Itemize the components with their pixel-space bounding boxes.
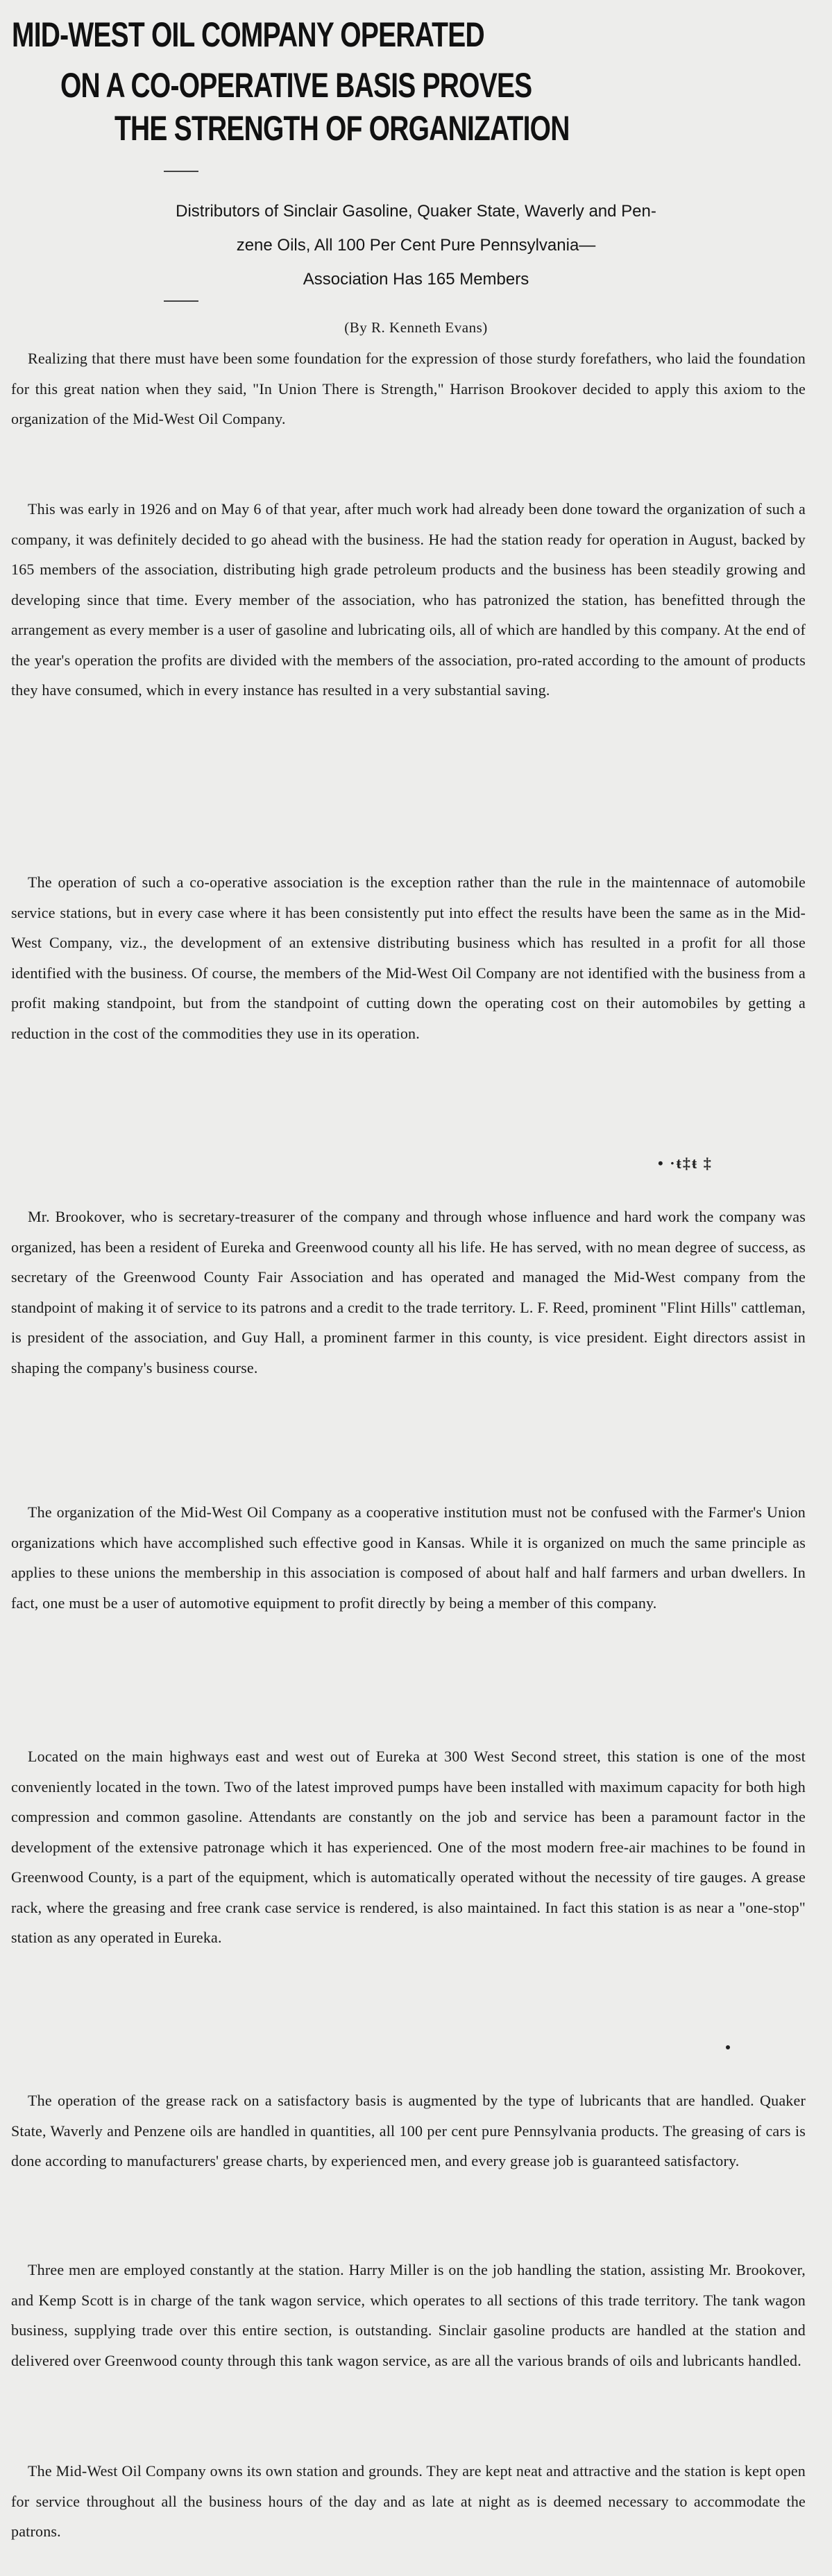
subheadline: Distributors of Sinclair Gasoline, Quake…	[0, 194, 832, 296]
article-body: The operation of such a co-operative ass…	[11, 867, 806, 1048]
ink-speck	[726, 2045, 730, 2049]
subheadline-line-2: zene Oils, All 100 Per Cent Pure Pennsyl…	[0, 228, 832, 262]
divider-rule	[164, 300, 198, 302]
subheadline-line-3: Association Has 165 Members	[0, 262, 832, 296]
headline-line-2: ON A CO-OPERATIVE BASIS PROVES	[60, 65, 532, 106]
paragraph: This was early in 1926 and on May 6 of t…	[11, 494, 806, 706]
paragraph: The operation of such a co-operative ass…	[11, 867, 806, 1048]
newspaper-clipping: MID-WEST OIL COMPANY OPERATED ON A CO-OP…	[0, 0, 832, 2576]
paragraph: The organization of the Mid-West Oil Com…	[11, 1497, 806, 1618]
byline: (By R. Kenneth Evans)	[0, 319, 832, 336]
article-body: The operation of the grease rack on a sa…	[11, 2085, 806, 2176]
print-artifact: • ·ŧ‡ŧ ‡	[658, 1154, 713, 1172]
article-body: This was early in 1926 and on May 6 of t…	[11, 494, 806, 706]
article-body: The organization of the Mid-West Oil Com…	[11, 1497, 806, 1618]
article-body: Realizing that there must have been some…	[11, 343, 806, 434]
article-body: Three men are employed constantly at the…	[11, 2255, 806, 2375]
paragraph: The Mid-West Oil Company owns its own st…	[11, 2456, 806, 2547]
article-body: Located on the main highways east and we…	[11, 1741, 806, 1953]
headline-line-3: THE STRENGTH OF ORGANIZATION	[114, 108, 570, 149]
paragraph: Located on the main highways east and we…	[11, 1741, 806, 1953]
paragraph: Realizing that there must have been some…	[11, 343, 806, 434]
paragraph: The operation of the grease rack on a sa…	[11, 2085, 806, 2176]
subheadline-line-1: Distributors of Sinclair Gasoline, Quake…	[0, 194, 832, 228]
headline-line-1: MID-WEST OIL COMPANY OPERATED	[12, 14, 484, 56]
article-body: Mr. Brookover, who is secretary-treasure…	[11, 1202, 806, 1383]
article-body: The Mid-West Oil Company owns its own st…	[11, 2456, 806, 2547]
paragraph: Three men are employed constantly at the…	[11, 2255, 806, 2375]
paragraph: Mr. Brookover, who is secretary-treasure…	[11, 1202, 806, 1383]
divider-rule	[164, 171, 198, 172]
